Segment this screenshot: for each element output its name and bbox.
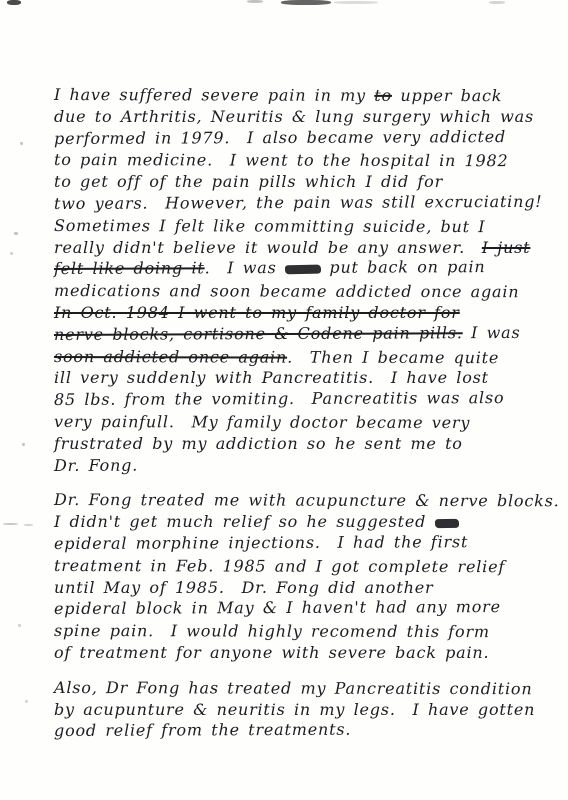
handwritten-line: of treatment for anyone with severe back… (54, 642, 544, 664)
margin-speck (22, 443, 25, 446)
handwriting-text: ill very suddenly with Pancreatitis. I h… (54, 368, 489, 387)
handwritten-line: two years. However, the pain was still e… (54, 191, 544, 215)
margin-speck (25, 700, 28, 703)
handwriting-text: spine pain. I would highly recomend this… (54, 621, 490, 641)
handwritten-line: Dr. Fong. (54, 452, 544, 476)
handwritten-line: Also, Dr Fong has treated my Pancreatiti… (54, 677, 544, 700)
handwriting-text: treatment in Feb. 1985 and I got complet… (54, 556, 505, 576)
handwritten-line: In Oct. 1984 I went to my family doctor … (54, 302, 544, 324)
handwriting-text: 85 lbs. from the vomiting. Pancreatitis … (54, 388, 504, 409)
handwriting-text: I didn't get much relief so he suggested (54, 512, 435, 531)
struck-through-text: In Oct. 1984 I went to my family doctor … (54, 303, 460, 322)
top-edge-mark (489, 1, 505, 4)
top-edge-mark (281, 0, 331, 5)
handwriting-text: I have suffered severe pain in my (54, 85, 374, 105)
handwriting-text: two years. However, the pain was still e… (54, 192, 543, 213)
handwriting-text: I was (463, 323, 521, 342)
margin-speck (20, 142, 23, 145)
handwriting-text: medications and soon became addicted onc… (54, 281, 519, 301)
letter-paragraph: I have suffered severe pain in my to upp… (54, 84, 544, 476)
top-edge-mark (7, 0, 21, 5)
struck-through-text: soon addicted once again (54, 347, 287, 367)
handwritten-line: treatment in Feb. 1985 and I got complet… (54, 555, 544, 578)
handwritten-line: until May of 1985. Dr. Fong did another (54, 577, 544, 599)
handwritten-line: nerve blocks, cortisone & Codene pain pi… (54, 322, 544, 346)
handwritten-line: soon addicted once again. Then I became … (54, 346, 544, 369)
letter-paragraph: Dr. Fong treated me with acupuncture & n… (54, 489, 544, 663)
top-edge-mark (334, 1, 378, 4)
handwritten-line: really didn't believe it would be any an… (54, 237, 544, 259)
scribbled-out-word (285, 265, 321, 275)
struck-through-text: felt like doing it (54, 259, 205, 279)
margin-dash (24, 524, 33, 526)
handwritten-line: epideral block in May & I haven't had an… (54, 596, 544, 620)
handwriting-text: . Then I became quite (287, 347, 499, 367)
handwritten-line: Sometimes I felt like committing suicide… (54, 215, 544, 238)
handwriting-text: to pain medicine. I went to the hospital… (54, 150, 509, 170)
margin-speck (18, 624, 21, 627)
handwritten-line: 85 lbs. from the vomiting. Pancreatitis … (54, 387, 544, 411)
handwritten-line: I didn't get much relief so he suggested (54, 511, 544, 533)
handwritten-line: by acupunture & neuritis in my legs. I h… (54, 699, 544, 721)
margin-speck (10, 252, 13, 255)
handwriting-text: put back on pain (321, 257, 486, 277)
top-edge-mark (247, 0, 263, 3)
handwritten-line: Dr. Fong treated me with acupuncture & n… (54, 489, 544, 512)
handwriting-text: Sometimes I felt like committing suicide… (54, 216, 485, 236)
handwriting-text: performed in 1979. I also became very ad… (54, 127, 506, 148)
handwritten-line: due to Arthritis, Neuritis & lung surger… (54, 106, 544, 128)
handwriting-text: frustrated by my addiction so he sent me… (54, 434, 463, 453)
struck-through-text: to (374, 86, 392, 105)
handwritten-line: very painfull. My family doctor became v… (54, 411, 544, 434)
handwriting-text: good relief from the treatments. (54, 720, 351, 740)
handwritten-line: epideral morphine injections. I had the … (54, 531, 544, 555)
handwritten-line: I have suffered severe pain in my to upp… (54, 84, 544, 107)
handwritten-line: good relief from the treatments. (54, 718, 544, 742)
handwriting-text: Dr. Fong treated me with acupuncture & n… (54, 490, 560, 510)
handwriting-text: until May of 1985. Dr. Fong did another (54, 578, 433, 597)
handwritten-line: medications and soon became addicted onc… (54, 280, 544, 303)
handwriting-text: by acupunture & neuritis in my legs. I h… (54, 700, 535, 719)
handwriting-text: epideral morphine injections. I had the … (54, 532, 468, 553)
handwritten-line: to get off of the pain pills which I did… (54, 171, 544, 193)
handwritten-line: ill very suddenly with Pancreatitis. I h… (54, 367, 544, 389)
handwriting-text: upper back (392, 86, 502, 105)
handwriting-text: Also, Dr Fong has treated my Pancreatiti… (54, 678, 532, 698)
handwriting-text: of treatment for anyone with severe back… (54, 643, 489, 662)
scribbled-out-word (435, 519, 459, 528)
handwriting-text: very painfull. My family doctor became v… (54, 412, 470, 432)
handwritten-line: performed in 1979. I also became very ad… (54, 125, 544, 149)
letter-body: I have suffered severe pain in my to upp… (54, 84, 544, 755)
margin-dash (3, 523, 18, 525)
handwritten-line: to pain medicine. I went to the hospital… (54, 149, 544, 172)
handwritten-line: spine pain. I would highly recomend this… (54, 620, 544, 643)
handwriting-text: really didn't believe it would be any an… (54, 238, 482, 257)
handwritten-line: frustrated by my addiction so he sent me… (54, 433, 544, 455)
handwriting-text: epideral block in May & I haven't had an… (54, 597, 501, 618)
handwriting-text: due to Arthritis, Neuritis & lung surger… (54, 107, 534, 126)
handwriting-text: to get off of the pain pills which I did… (54, 172, 443, 191)
handwriting-text: . I was (205, 258, 285, 277)
letter-paragraph: Also, Dr Fong has treated my Pancreatiti… (54, 677, 544, 742)
handwritten-line: felt like doing it. I was put back on pa… (54, 256, 544, 280)
handwriting-text: Dr. Fong. (54, 455, 138, 474)
scanned-letter-page: I have suffered severe pain in my to upp… (0, 0, 568, 800)
struck-through-text: I just (482, 238, 531, 257)
struck-through-text: nerve blocks, cortisone & Codene pain pi… (54, 323, 463, 344)
margin-speck (14, 232, 18, 235)
